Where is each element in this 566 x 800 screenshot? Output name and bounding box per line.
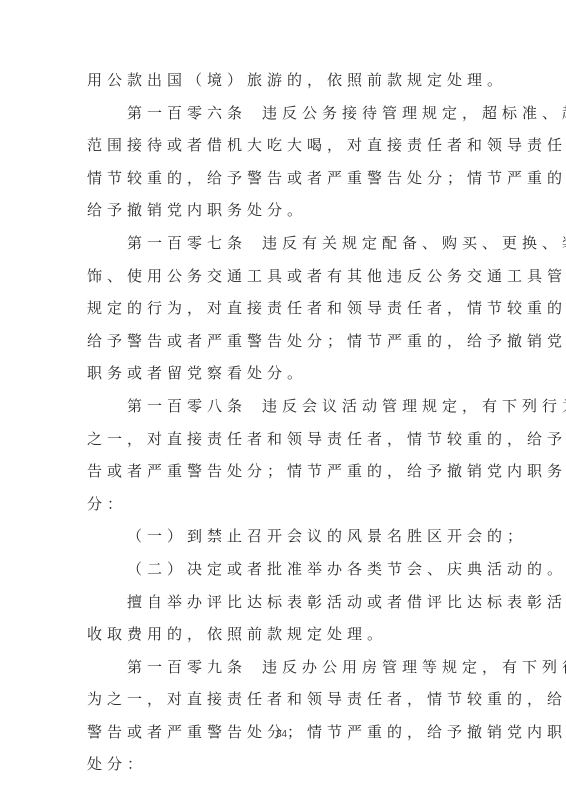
- text-line: 规定的行为，对直接责任者和领导责任者，情节较重的，: [87, 292, 487, 325]
- line-text: 违反会议活动管理规定，有下列行为: [262, 397, 566, 415]
- text-line: 给予警告或者严重警告处分；情节严重的，给予撤销党内: [87, 325, 487, 358]
- list-item-1: （一）到禁止召开会议的风景名胜区开会的；: [87, 520, 487, 553]
- article-number: 第一百零六条: [127, 104, 247, 122]
- line-text: 告或者严重警告处分；情节严重的，给予撤销党内职务处: [87, 462, 566, 480]
- line-text: 规定的行为，对直接责任者和领导责任者，情节较重的，: [87, 299, 566, 317]
- line-text: 警告或者严重警告处分；情节严重的，给予撤销党内职务: [87, 723, 566, 741]
- document-page: 用公款出国（境）旅游的，依照前款规定处理。 第一百零六条违反公务接待管理规定，超…: [87, 64, 487, 781]
- text-line: 为之一，对直接责任者和领导责任者，情节较重的，给予: [87, 683, 487, 716]
- line-text: 给予警告或者严重警告处分；情节严重的，给予撤销党内: [87, 332, 566, 350]
- text-line: 用公款出国（境）旅游的，依照前款规定处理。: [87, 64, 487, 97]
- line-text: 违反有关规定配备、购买、更换、装: [262, 234, 566, 252]
- line-text: 分：: [87, 495, 127, 513]
- article-107-heading-line: 第一百零七条违反有关规定配备、购买、更换、装: [87, 227, 487, 260]
- line-text: 用公款出国（境）旅游的，依照前款规定处理。: [87, 71, 507, 89]
- text-line: 擅自举办评比达标表彰活动或者借评比达标表彰活动: [87, 586, 487, 619]
- page-number: 34: [276, 729, 287, 740]
- line-text: 擅自举办评比达标表彰活动或者借评比达标表彰活动: [127, 593, 566, 611]
- line-text: 之一，对直接责任者和领导责任者，情节较重的，给予警: [87, 430, 566, 448]
- text-line: 处分：: [87, 748, 487, 781]
- text-line: 饰、使用公务交通工具或者有其他违反公务交通工具管理: [87, 260, 487, 293]
- text-line: 情节较重的，给予警告或者严重警告处分；情节严重的，: [87, 162, 487, 195]
- line-text: 饰、使用公务交通工具或者有其他违反公务交通工具管理: [87, 267, 566, 285]
- line-text: 收取费用的，依照前款规定处理。: [87, 625, 387, 643]
- text-line: 职务或者留党察看处分。: [87, 357, 487, 390]
- text-line: 之一，对直接责任者和领导责任者，情节较重的，给予警: [87, 423, 487, 456]
- article-108-heading-line: 第一百零八条违反会议活动管理规定，有下列行为: [87, 390, 487, 423]
- line-text: 处分：: [87, 755, 147, 773]
- text-line: 范围接待或者借机大吃大喝，对直接责任者和领导责任者，: [87, 129, 487, 162]
- article-number: 第一百零七条: [127, 234, 247, 252]
- line-text: 情节较重的，给予警告或者严重警告处分；情节严重的，: [87, 169, 566, 187]
- line-text: 违反公务接待管理规定，超标准、超: [262, 104, 566, 122]
- text-line: 分：: [87, 488, 487, 521]
- article-109-heading-line: 第一百零九条违反办公用房管理等规定，有下列行: [87, 651, 487, 684]
- line-text: 给予撤销党内职务处分。: [87, 201, 307, 219]
- list-item-2: （二）决定或者批准举办各类节会、庆典活动的。: [87, 553, 487, 586]
- line-text: （一）到禁止召开会议的风景名胜区开会的；: [127, 527, 527, 545]
- line-text: （二）决定或者批准举办各类节会、庆典活动的。: [127, 560, 566, 578]
- article-number: 第一百零九条: [127, 658, 247, 676]
- text-line: 收取费用的，依照前款规定处理。: [87, 618, 487, 651]
- text-line: 告或者严重警告处分；情节严重的，给予撤销党内职务处: [87, 455, 487, 488]
- line-text: 违反办公用房管理等规定，有下列行: [262, 658, 566, 676]
- text-line: 给予撤销党内职务处分。: [87, 194, 487, 227]
- line-text: 职务或者留党察看处分。: [87, 364, 307, 382]
- line-text: 范围接待或者借机大吃大喝，对直接责任者和领导责任者，: [87, 136, 566, 154]
- line-text: 为之一，对直接责任者和领导责任者，情节较重的，给予: [87, 690, 566, 708]
- article-number: 第一百零八条: [127, 397, 247, 415]
- article-106-heading-line: 第一百零六条违反公务接待管理规定，超标准、超: [87, 97, 487, 130]
